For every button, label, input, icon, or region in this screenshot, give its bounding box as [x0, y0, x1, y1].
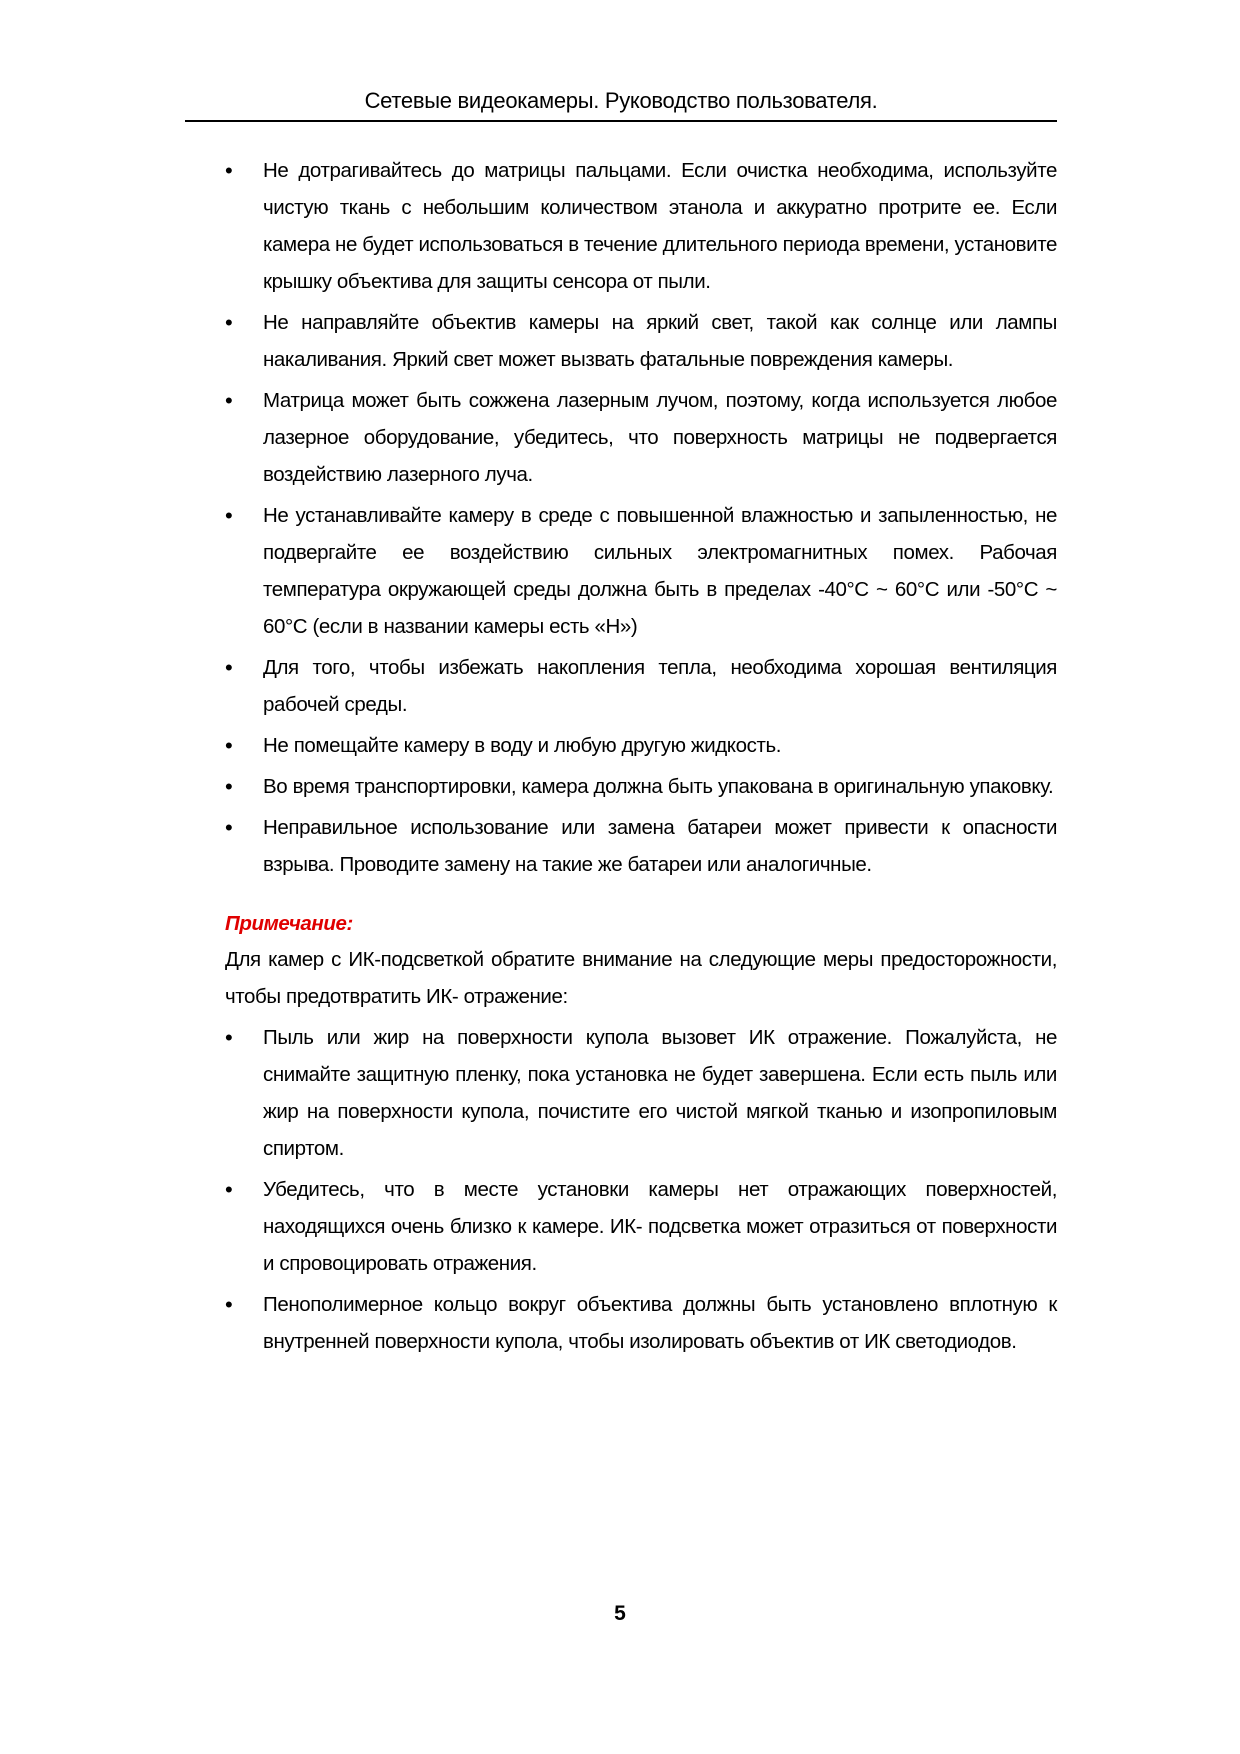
precautions-list: Не дотрагивайтесь до матрицы пальцами. Е…	[225, 152, 1057, 883]
page-number: 5	[0, 1602, 1240, 1626]
list-item: Матрица может быть сожжена лазерным лучо…	[225, 382, 1057, 493]
list-item: Пыль или жир на поверхности купола вызов…	[225, 1019, 1057, 1167]
list-item: Не дотрагивайтесь до матрицы пальцами. Е…	[225, 152, 1057, 300]
note-heading: Примечание:	[225, 907, 1057, 941]
list-item: Не помещайте камеру в воду и любую другу…	[225, 727, 1057, 764]
list-item: Не направляйте объектив камеры на яркий …	[225, 304, 1057, 378]
list-item: Убедитесь, что в месте установки камеры …	[225, 1171, 1057, 1282]
list-item: Пенополимерное кольцо вокруг объектива д…	[225, 1286, 1057, 1360]
header-divider	[185, 120, 1057, 122]
note-intro: Для камер с ИК-подсветкой обратите внима…	[225, 941, 1057, 1015]
list-item: Неправильное использование или замена ба…	[225, 809, 1057, 883]
list-item: Во время транспортировки, камера должна …	[225, 768, 1057, 805]
list-item: Не устанавливайте камеру в среде с повыш…	[225, 497, 1057, 645]
ir-precautions-list: Пыль или жир на поверхности купола вызов…	[225, 1019, 1057, 1360]
list-item: Для того, чтобы избежать накопления тепл…	[225, 649, 1057, 723]
page-body: Не дотрагивайтесь до матрицы пальцами. Е…	[225, 152, 1057, 1364]
running-header: Сетевые видеокамеры. Руководство пользов…	[185, 88, 1057, 114]
